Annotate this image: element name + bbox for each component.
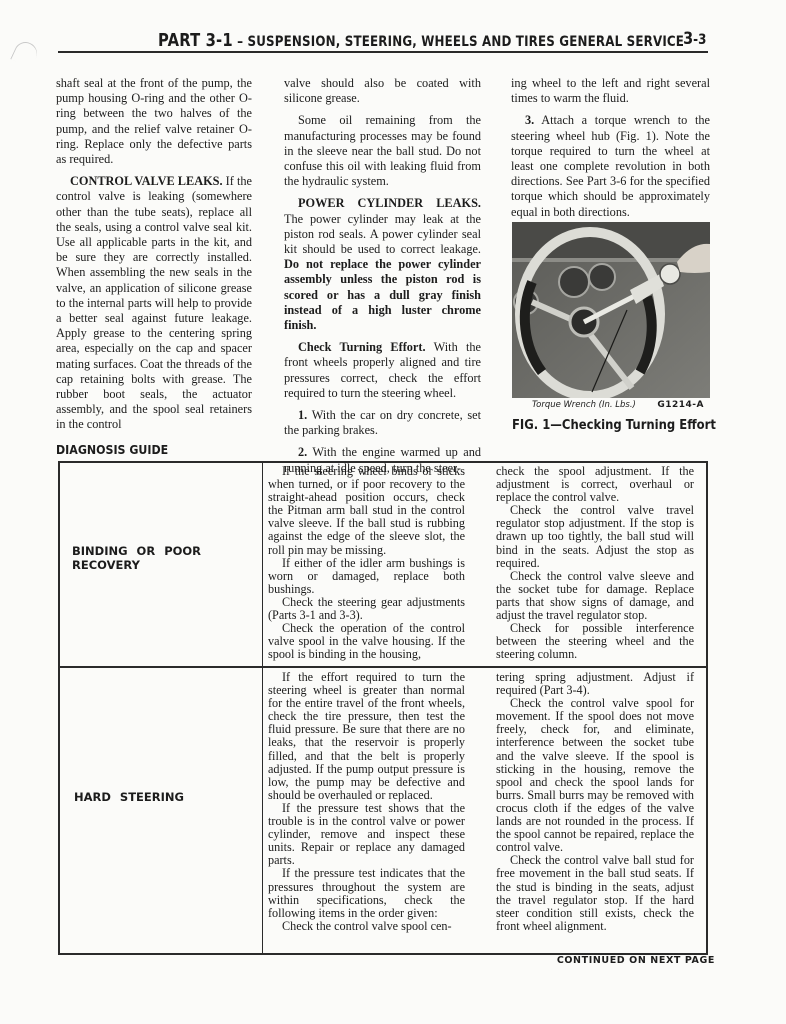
table-row-1-procedure-a: If the steering wheel binds or sticks wh… [268,465,465,661]
figure-code: G1214-A [657,400,704,410]
paragraph: valve should also be coated with silicon… [284,76,481,106]
step-1: 1. With the car on dry concrete, set the… [284,408,481,438]
paragraph-power-cylinder-leaks: POWER CYLINDER LEAKS. The power cylinder… [284,196,481,333]
paragraph: Check the steering gear adjustments (Par… [268,596,465,622]
paragraph: tering spring adjustment. Adjust if requ… [496,671,694,697]
page-number-major: 3 [683,29,693,49]
paragraph: Check the control valve spool cen- [268,920,465,933]
title-dash: – [233,34,248,50]
paragraph: Check the control valve travel regulator… [496,504,694,569]
steering-wheel-photo-illustration [512,222,710,398]
text-column-2: valve should also be coated with silicon… [284,76,481,476]
step-text: Attach a torque wrench to the steering w… [511,113,710,218]
paragraph: Check the control valve ball stud for fr… [496,854,694,933]
page-corner-mark [10,38,41,69]
step-number: 1. [298,408,307,422]
paragraph: Check for possible interference between … [496,622,694,661]
part-number: PART 3-1 [158,30,233,51]
header-rule [58,51,708,53]
paragraph: Check the control valve spool for moveme… [496,697,694,854]
run-in-heading: Check Turning Effort. [298,340,426,354]
continued-notice: CONTINUED ON NEXT PAGE [530,955,715,966]
paragraph: shaft seal at the front of the pump, the… [56,76,252,167]
table-row-2-procedure-b: tering spring adjustment. Adjust if requ… [496,671,694,933]
paragraph: If the effort required to turn the steer… [268,671,465,802]
paragraph: If the pressure test shows that the trou… [268,802,465,867]
paragraph: Check the operation of the control valve… [268,622,465,661]
table-row-1-procedure-b: check the spool adjustment. If the adjus… [496,465,694,661]
paragraph: check the spool adjustment. If the adjus… [496,465,694,504]
paragraph-check-turning-effort: Check Turning Effort. With the front whe… [284,340,481,401]
run-in-heading: POWER CYLINDER LEAKS. [298,196,481,210]
run-in-heading: CONTROL VALVE LEAKS. [70,174,223,188]
section-subtitle: SUSPENSION, STEERING, WHEELS AND TIRES G… [247,34,684,50]
paragraph-body: The power cylinder may leak at the pisto… [284,212,481,256]
text-column-1: shaft seal at the front of the pump, the… [56,76,252,433]
step-number: 3. [525,113,534,127]
paragraph: If the steering wheel binds or sticks wh… [268,465,465,557]
figure-callouts: Torque Wrench (In. Lbs.) G1214-A [512,400,710,412]
page-title: PART 3-1 – SUSPENSION, STEERING, WHEELS … [158,30,684,51]
page-number-minor: -3 [693,32,706,48]
diagnosis-guide-heading: DIAGNOSIS GUIDE [56,443,168,457]
condition-label: BINDING OR POOR RECOVERY [72,544,222,572]
paragraph: If either of the idler arm bushings is w… [268,557,465,596]
paragraph-body: If the control valve is leaking (somewhe… [56,174,252,431]
page-number: 3-3 [683,29,706,49]
step-3: 3. Attach a torque wrench to the steerin… [511,113,710,219]
figure-callout-label: Torque Wrench (In. Lbs.) [532,400,636,410]
step-text: With the car on dry concrete, set the pa… [284,408,481,437]
paragraph: Check the control valve sleeve and the s… [496,570,694,622]
figure-steering-wheel-photo [512,222,710,398]
text-column-3: ing wheel to the left and right several … [511,76,710,220]
figure-caption: FIG. 1—Checking Turning Effort [512,417,716,433]
table-column-divider [262,461,263,955]
warning-text: Do not replace the power cylinder assemb… [284,257,481,332]
paragraph: ing wheel to the left and right several … [511,76,710,106]
paragraph-control-valve-leaks: CONTROL VALVE LEAKS. If the control valv… [56,174,252,432]
step-number: 2. [298,445,307,459]
condition-label: HARD STEERING [74,790,184,804]
table-row-divider [58,666,708,668]
page-header: PART 3-1 – SUSPENSION, STEERING, WHEELS … [60,28,720,52]
paragraph: If the pressure test indicates that the … [268,867,465,919]
table-row-2-procedure-a: If the effort required to turn the steer… [268,671,465,933]
paragraph: Some oil remaining from the manufacturin… [284,113,481,189]
